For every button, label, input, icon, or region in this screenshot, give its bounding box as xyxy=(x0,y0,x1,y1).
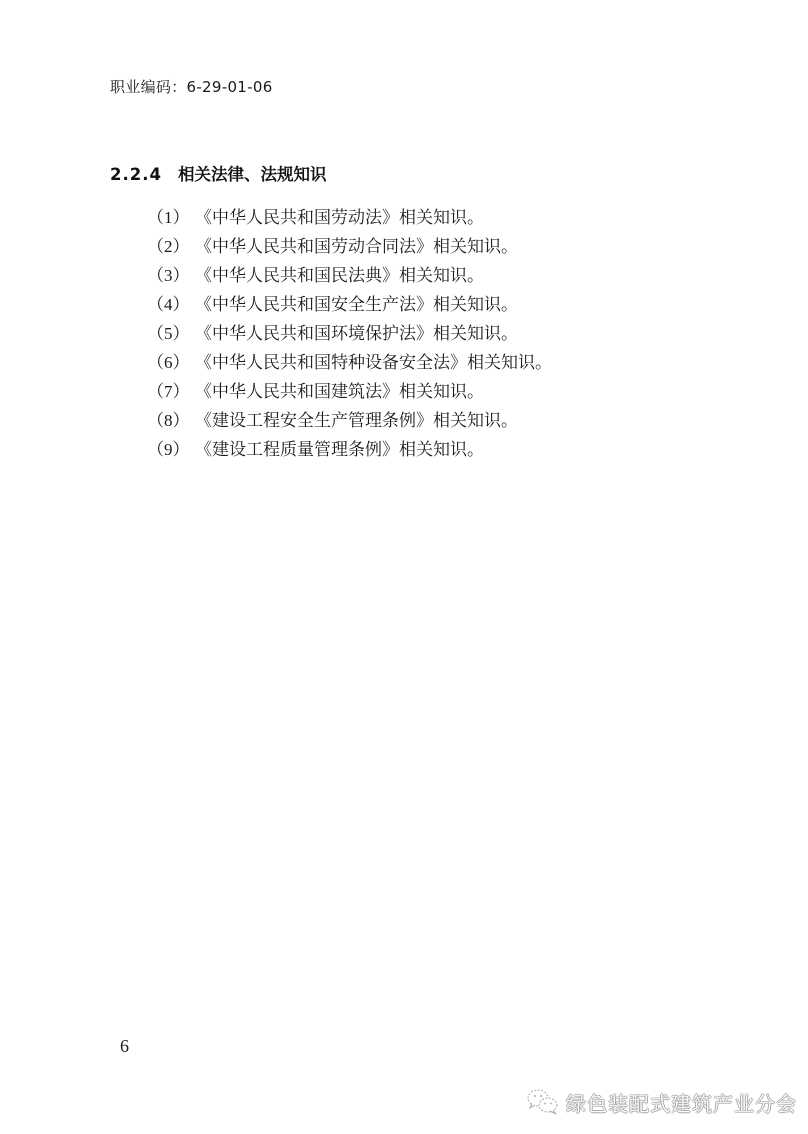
watermark-text: 绿色装配式建筑产业分会 xyxy=(566,1088,797,1117)
list-item: （1）《中华人民共和国劳动法》相关知识。 xyxy=(147,203,552,232)
watermark: 绿色装配式建筑产业分会 xyxy=(526,1087,797,1117)
list-item: （5）《中华人民共和国环境保护法》相关知识。 xyxy=(147,319,552,348)
item-index: （4） xyxy=(147,290,195,319)
list-item: （4）《中华人民共和国安全生产法》相关知识。 xyxy=(147,290,552,319)
law-list: （1）《中华人民共和国劳动法》相关知识。 （2）《中华人民共和国劳动合同法》相关… xyxy=(147,203,552,464)
list-item: （8）《建设工程安全生产管理条例》相关知识。 xyxy=(147,406,552,435)
item-text: 《中华人民共和国建筑法》相关知识。 xyxy=(195,382,484,402)
item-index: （2） xyxy=(147,232,195,261)
list-item: （6）《中华人民共和国特种设备安全法》相关知识。 xyxy=(147,348,552,377)
item-text: 《建设工程质量管理条例》相关知识。 xyxy=(195,440,484,460)
item-index: （7） xyxy=(147,377,195,406)
item-text: 《建设工程安全生产管理条例》相关知识。 xyxy=(195,411,518,431)
item-index: （6） xyxy=(147,348,195,377)
section-heading: 2.2.4相关法律、法规知识 xyxy=(110,161,327,185)
item-text: 《中华人民共和国劳动合同法》相关知识。 xyxy=(195,237,518,257)
item-text: 《中华人民共和国特种设备安全法》相关知识。 xyxy=(195,353,552,373)
item-index: （1） xyxy=(147,203,195,232)
item-text: 《中华人民共和国民法典》相关知识。 xyxy=(195,266,484,286)
list-item: （9）《建设工程质量管理条例》相关知识。 xyxy=(147,435,552,464)
section-title: 相关法律、法规知识 xyxy=(178,165,327,184)
item-index: （5） xyxy=(147,319,195,348)
list-item: （2）《中华人民共和国劳动合同法》相关知识。 xyxy=(147,232,552,261)
item-text: 《中华人民共和国环境保护法》相关知识。 xyxy=(195,324,518,344)
wechat-icon xyxy=(526,1087,560,1117)
item-text: 《中华人民共和国安全生产法》相关知识。 xyxy=(195,295,518,315)
page-number: 6 xyxy=(120,1036,129,1057)
list-item: （3）《中华人民共和国民法典》相关知识。 xyxy=(147,261,552,290)
item-index: （3） xyxy=(147,261,195,290)
list-item: （7）《中华人民共和国建筑法》相关知识。 xyxy=(147,377,552,406)
item-text: 《中华人民共和国劳动法》相关知识。 xyxy=(195,208,484,228)
occupation-code: 职业编码：6-29-01-06 xyxy=(110,76,273,97)
section-number: 2.2.4 xyxy=(110,165,178,184)
item-index: （9） xyxy=(147,435,195,464)
item-index: （8） xyxy=(147,406,195,435)
